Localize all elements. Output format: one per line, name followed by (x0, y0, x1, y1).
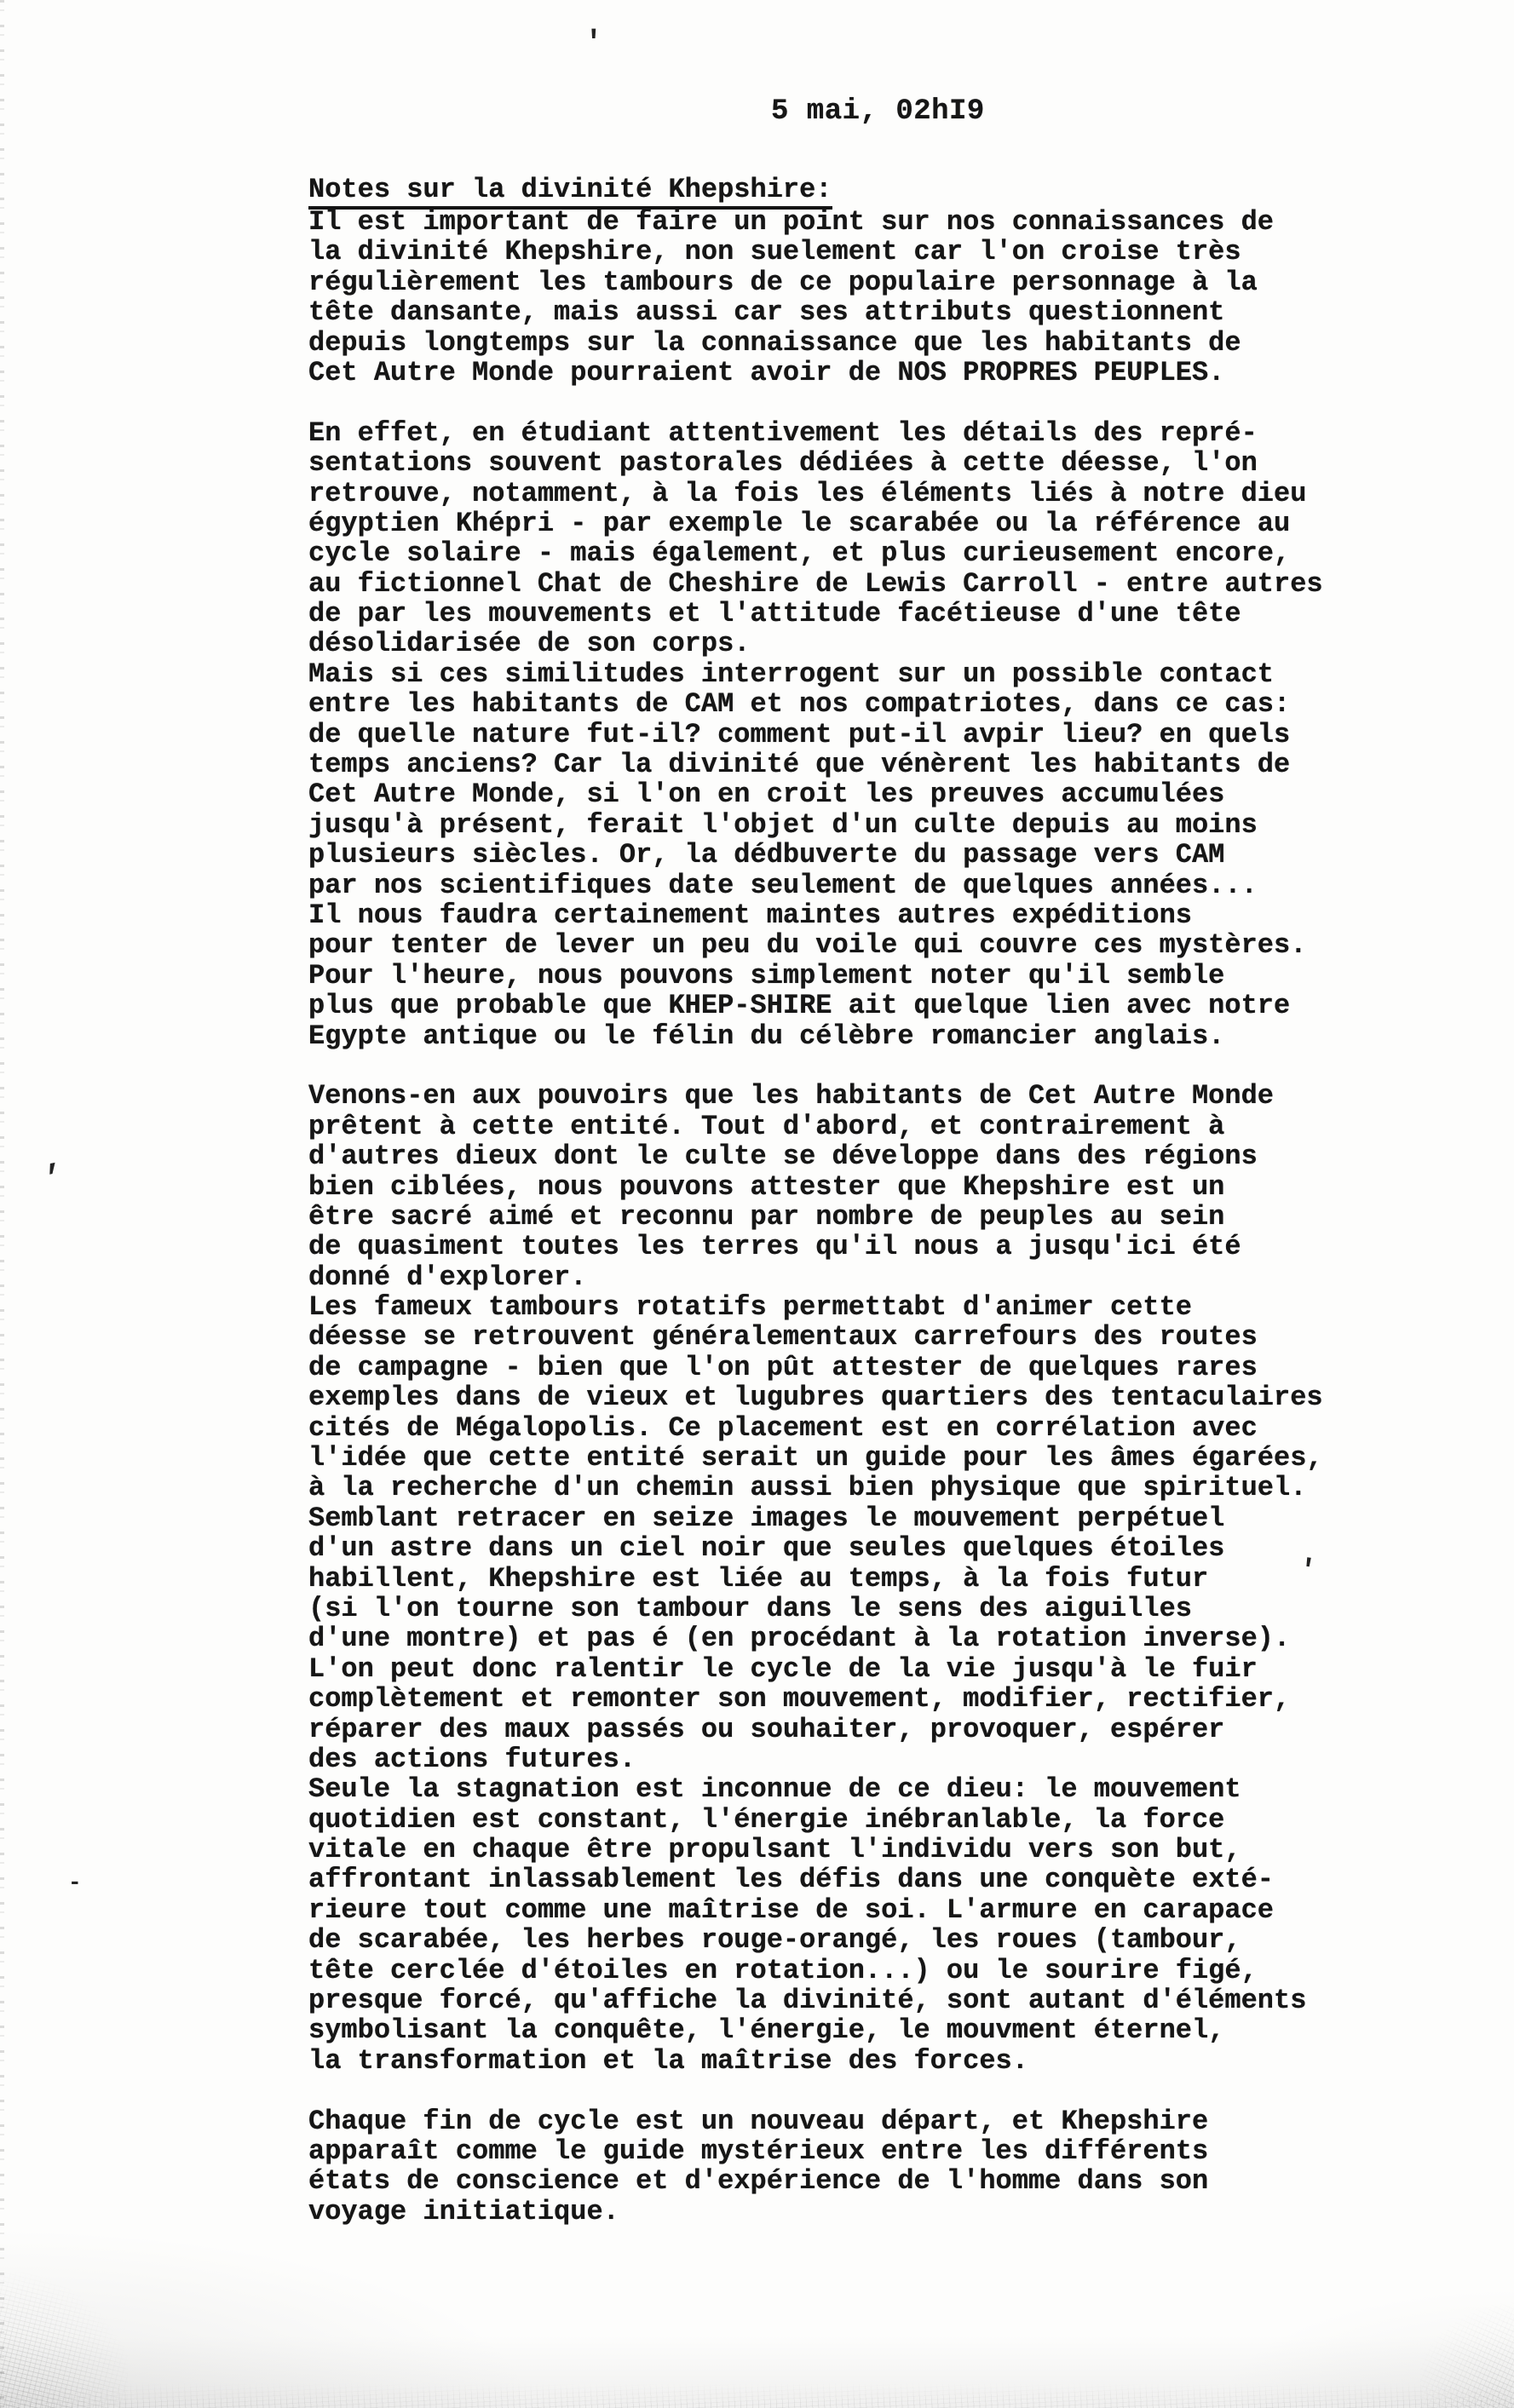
text-line: vitale en chaque être propulsant l'indiv… (308, 1835, 1348, 1865)
text-line: apparaît comme le guide mystérieux entre… (308, 2136, 1348, 2166)
text-line: entre les habitants de CAM et nos compat… (308, 689, 1348, 719)
text-line: Venons-en aux pouvoirs que les habitants… (308, 1081, 1348, 1111)
text-line: donné d'explorer. (308, 1262, 1348, 1292)
scan-artifact-mark: ' (584, 26, 603, 60)
text-line: l'idée que cette entité serait un guide … (308, 1443, 1348, 1473)
text-line: réparer des maux passés ou souhaiter, pr… (308, 1715, 1348, 1744)
text-line: états de conscience et d'expérience de l… (308, 2166, 1348, 2196)
text-line: plus que probable que KHEP-SHIRE ait que… (308, 991, 1348, 1020)
text-line: Il nous faudra certainement maintes autr… (308, 900, 1348, 930)
text-line: temps anciens? Car la divinité que vénèr… (308, 750, 1348, 779)
text-line: des actions futures. (308, 1744, 1348, 1774)
paragraph-block-2: En effet, en étudiant attentivement les … (308, 418, 1348, 1051)
document-title: Notes sur la divinité Khepshire: (308, 174, 832, 210)
text-line: Semblant retracer en seize images le mou… (308, 1503, 1348, 1533)
text-line: à la recherche d'un chemin aussi bien ph… (308, 1473, 1348, 1503)
scan-noise-bottom-right-corner (1420, 2297, 1514, 2408)
text-line: Cet Autre Monde pourraient avoir de NOS … (308, 358, 1348, 388)
scan-artifact-mark: ` (1240, 226, 1252, 249)
text-line: la transformation et la maîtrise des for… (308, 2046, 1348, 2076)
text-line: par nos scientifiques date seulement de … (308, 871, 1348, 900)
text-line: quotidien est constant, l'énergie inébra… (308, 1805, 1348, 1835)
text-line: presque forcé, qu'affiche la divinité, s… (308, 1986, 1348, 2015)
text-line: de quelle nature fut-il? comment put-il … (308, 720, 1348, 750)
text-line: Cet Autre Monde, si l'on en croit les pr… (308, 779, 1348, 809)
text-line: (si l'on tourne son tambour dans le sens… (308, 1594, 1348, 1624)
text-line: complètement et remonter son mouvement, … (308, 1684, 1348, 1714)
text-line: Pour l'heure, nous pouvons simplement no… (308, 961, 1348, 991)
text-line: L'on peut donc ralentir le cycle de la v… (308, 1654, 1348, 1684)
text-line: la divinité Khepshire, non suelement car… (308, 237, 1348, 267)
text-line: symbolisant la conquête, l'énergie, le m… (308, 2015, 1348, 2045)
text-line: prêtent à cette entité. Tout d'abord, et… (308, 1112, 1348, 1141)
text-line: depuis longtemps sur la connaissance que… (308, 328, 1348, 358)
text-line: Egypte antique ou le félin du célèbre ro… (308, 1021, 1348, 1051)
text-line: d'autres dieux dont le culte se développ… (308, 1141, 1348, 1171)
paragraph-block-1: Il est important de faire un point sur n… (308, 207, 1348, 388)
text-line: d'une montre) et pas é (en procédant à l… (308, 1624, 1348, 1653)
text-line: régulièrement les tambours de ce populai… (308, 267, 1348, 297)
text-line: Les fameux tambours rotatifs permettabt … (308, 1292, 1348, 1322)
paragraph-block-4: Chaque fin de cycle est un nouveau dépar… (308, 2106, 1348, 2227)
scan-noise-left-edge (0, 0, 4, 2408)
text-line: égyptien Khépri - par exemple le scarabé… (308, 509, 1348, 538)
text-line: de campagne - bien que l'on pût attester… (308, 1353, 1348, 1382)
text-line: sentations souvent pastorales dédiées à … (308, 448, 1348, 478)
text-line: En effet, en étudiant attentivement les … (308, 418, 1348, 448)
text-line: Seule la stagnation est inconnue de ce d… (308, 1774, 1348, 1804)
document-page: 5 mai, 02hI9 Notes sur la divinité Kheps… (0, 0, 1514, 2408)
text-line: habillent, Khepshire est liée au temps, … (308, 1564, 1348, 1594)
text-line: jusqu'à présent, ferait l'objet d'un cul… (308, 810, 1348, 840)
text-line: cycle solaire - mais également, et plus … (308, 538, 1348, 568)
text-line: bien ciblées, nous pouvons attester que … (308, 1172, 1348, 1202)
text-line: désolidarisée de son corps. (308, 629, 1348, 658)
text-line: pour tenter de lever un peu du voile qui… (308, 930, 1348, 960)
paragraph-block-3: Venons-en aux pouvoirs que les habitants… (308, 1081, 1348, 2076)
text-line: Chaque fin de cycle est un nouveau dépar… (308, 2106, 1348, 2136)
document-date: 5 mai, 02hI9 (771, 95, 985, 128)
text-line: Mais si ces similitudes interrogent sur … (308, 659, 1348, 689)
text-line: retrouve, notamment, à la fois les éléme… (308, 479, 1348, 509)
scan-artifact-mark: - (68, 1870, 82, 1895)
text-line: déesse se retrouvent généralementaux car… (308, 1322, 1348, 1352)
text-line: cités de Mégalopolis. Ce placement est e… (308, 1413, 1348, 1443)
text-line: affrontant inlassablement les défis dans… (308, 1865, 1348, 1894)
text-line: Il est important de faire un point sur n… (308, 207, 1348, 237)
scan-noise-bottom (0, 2382, 1514, 2408)
document-body: Il est important de faire un point sur n… (308, 207, 1348, 2257)
text-line: plusieurs siècles. Or, la dédbuverte du … (308, 840, 1348, 870)
text-line: de scarabée, les herbes rouge-orangé, le… (308, 1925, 1348, 1955)
scan-artifact-mark: , (39, 1140, 66, 1180)
text-line: tête dansante, mais aussi car ses attrib… (308, 297, 1348, 327)
text-line: voyage initiatique. (308, 2197, 1348, 2227)
scan-noise-bottom-left-corner (0, 2272, 128, 2408)
text-line: d'un astre dans un ciel noir que seules … (308, 1533, 1348, 1563)
text-line: rieure tout comme une maîtrise de soi. L… (308, 1895, 1348, 1925)
text-line: de quasiment toutes les terres qu'il nou… (308, 1232, 1348, 1261)
text-line: au fictionnel Chat de Cheshire de Lewis … (308, 569, 1348, 599)
text-line: de par les mouvements et l'attitude facé… (308, 599, 1348, 629)
text-line: être sacré aimé et reconnu par nombre de… (308, 1202, 1348, 1232)
text-line: exemples dans de vieux et lugubres quart… (308, 1382, 1348, 1412)
text-line: tête cerclée d'étoiles en rotation...) o… (308, 1956, 1348, 1986)
